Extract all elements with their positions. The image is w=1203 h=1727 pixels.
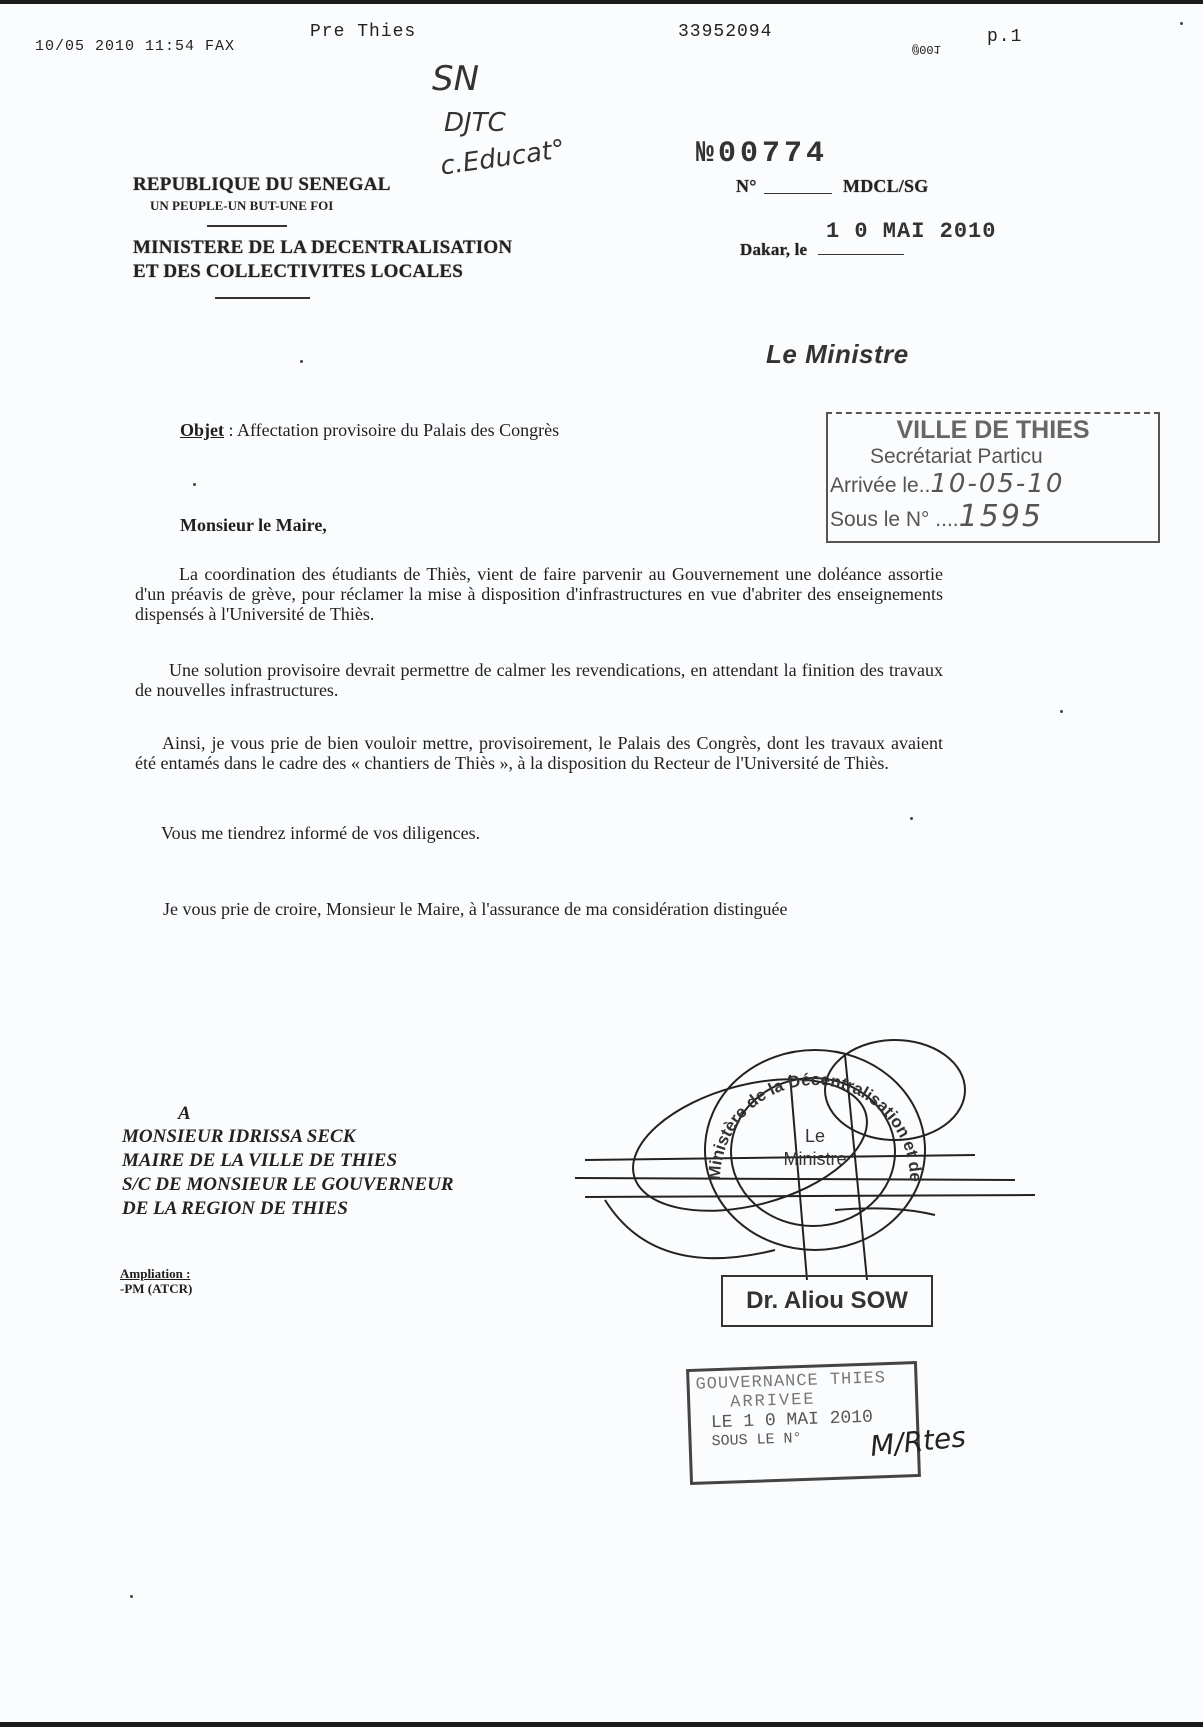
- letterhead-ministry-line2: ET DES COLLECTIVITES LOCALES: [133, 261, 463, 283]
- reception-stamp: VILLE DE THIES Secrétariat Particu Arriv…: [826, 412, 1160, 543]
- reference-date-line: [818, 254, 904, 255]
- recipient-prefix: A: [178, 1103, 191, 1125]
- fax-sender: Pre Thies: [310, 22, 416, 42]
- reception-stamp-subtitle: Secrétariat Particu: [828, 445, 1158, 469]
- ampliation-item: -PM (ATCR): [120, 1281, 192, 1297]
- top-border: [0, 0, 1203, 4]
- ampliation-label: Ampliation :: [120, 1266, 190, 1282]
- salutation: Monsieur le Maire,: [180, 515, 327, 535]
- paragraph-3: Ainsi, je vous prie de bien vouloir mett…: [135, 733, 943, 773]
- paragraph-1: La coordination des étudiants de Thiès, …: [135, 564, 943, 624]
- scan-speck: [193, 483, 196, 486]
- scan-speck: [910, 817, 913, 820]
- scan-speck: [1180, 22, 1183, 25]
- reference-date-stamp: 1 0 MAI 2010: [826, 219, 996, 244]
- arrival-stamp: GOUVERNANCE THIES ARRIVEE LE 1 0 MAI 201…: [686, 1361, 921, 1485]
- reference-place-label: Dakar, le: [740, 240, 807, 260]
- scan-speck: [300, 360, 303, 363]
- paragraph-2: Une solution provisoire devrait permettr…: [135, 660, 943, 700]
- recipient-line-4: DE LA REGION DE THIES: [122, 1198, 348, 1220]
- seal-center-line2: Ministre: [783, 1149, 846, 1169]
- reference-number-suffix: MDCL/SG: [843, 176, 928, 197]
- fax-page: p.1: [987, 27, 1022, 47]
- fax-number: 33952094: [678, 22, 772, 42]
- letterhead-motto: UN PEUPLE-UN BUT-UNE FOI: [150, 198, 333, 214]
- recipient-line-3: S/C DE MONSIEUR LE GOUVERNEUR: [122, 1174, 454, 1196]
- letterhead-divider-2: [215, 297, 310, 299]
- object-label: Objet: [180, 420, 224, 440]
- handwritten-note-line1: SN: [432, 62, 479, 96]
- reception-stamp-arrival: Arrivée le..10-05-10: [828, 469, 1158, 499]
- reception-stamp-title: VILLE DE THIES: [828, 416, 1158, 445]
- paragraph-4: Vous me tiendrez informé de vos diligenc…: [161, 823, 480, 843]
- number-label: Sous le N°: [830, 508, 929, 531]
- arrival-label: Arrivée le: [830, 474, 919, 497]
- fax-timestamp: 10/05 2010 11:54 FAX: [35, 38, 235, 55]
- reference-number-label: N°: [736, 176, 757, 197]
- fax-page-sub: @001: [912, 42, 941, 56]
- handwritten-note-line2: DJTC: [444, 108, 506, 138]
- letterhead-divider: [207, 225, 287, 227]
- ministry-seal: Ministère de la Décentralisation et des …: [575, 1030, 1035, 1280]
- recipient-line-1: MONSIEUR IDRISSA SECK: [122, 1126, 355, 1148]
- letterhead-ministry-line1: MINISTERE DE LA DECENTRALISATION: [133, 237, 512, 259]
- scan-speck: [1060, 710, 1063, 713]
- object-text: : Affectation provisoire du Palais des C…: [224, 420, 559, 440]
- reference-stamp-number: №00774: [696, 137, 828, 171]
- bottom-border: [0, 1722, 1203, 1727]
- signatory-title: Le Ministre: [766, 339, 909, 370]
- number-value: 1595: [959, 499, 1043, 534]
- recipient-line-2: MAIRE DE LA VILLE DE THIES: [122, 1150, 397, 1172]
- arrival-value: 10-05-10: [930, 469, 1064, 499]
- paragraph-5: Je vous prie de croire, Monsieur le Mair…: [163, 899, 788, 919]
- scan-speck: [130, 1595, 133, 1598]
- signatory-name-box: Dr. Aliou SOW: [721, 1275, 933, 1327]
- object-line: Objet : Affectation provisoire du Palais…: [180, 420, 559, 440]
- reception-stamp-number: Sous le N° ....1595: [828, 499, 1158, 534]
- letterhead-country: REPUBLIQUE DU SENEGAL: [133, 174, 391, 196]
- seal-center-line1: Le: [805, 1126, 825, 1146]
- handwritten-note-line3: c.Educat°: [439, 134, 567, 181]
- reference-number-line: [764, 193, 832, 194]
